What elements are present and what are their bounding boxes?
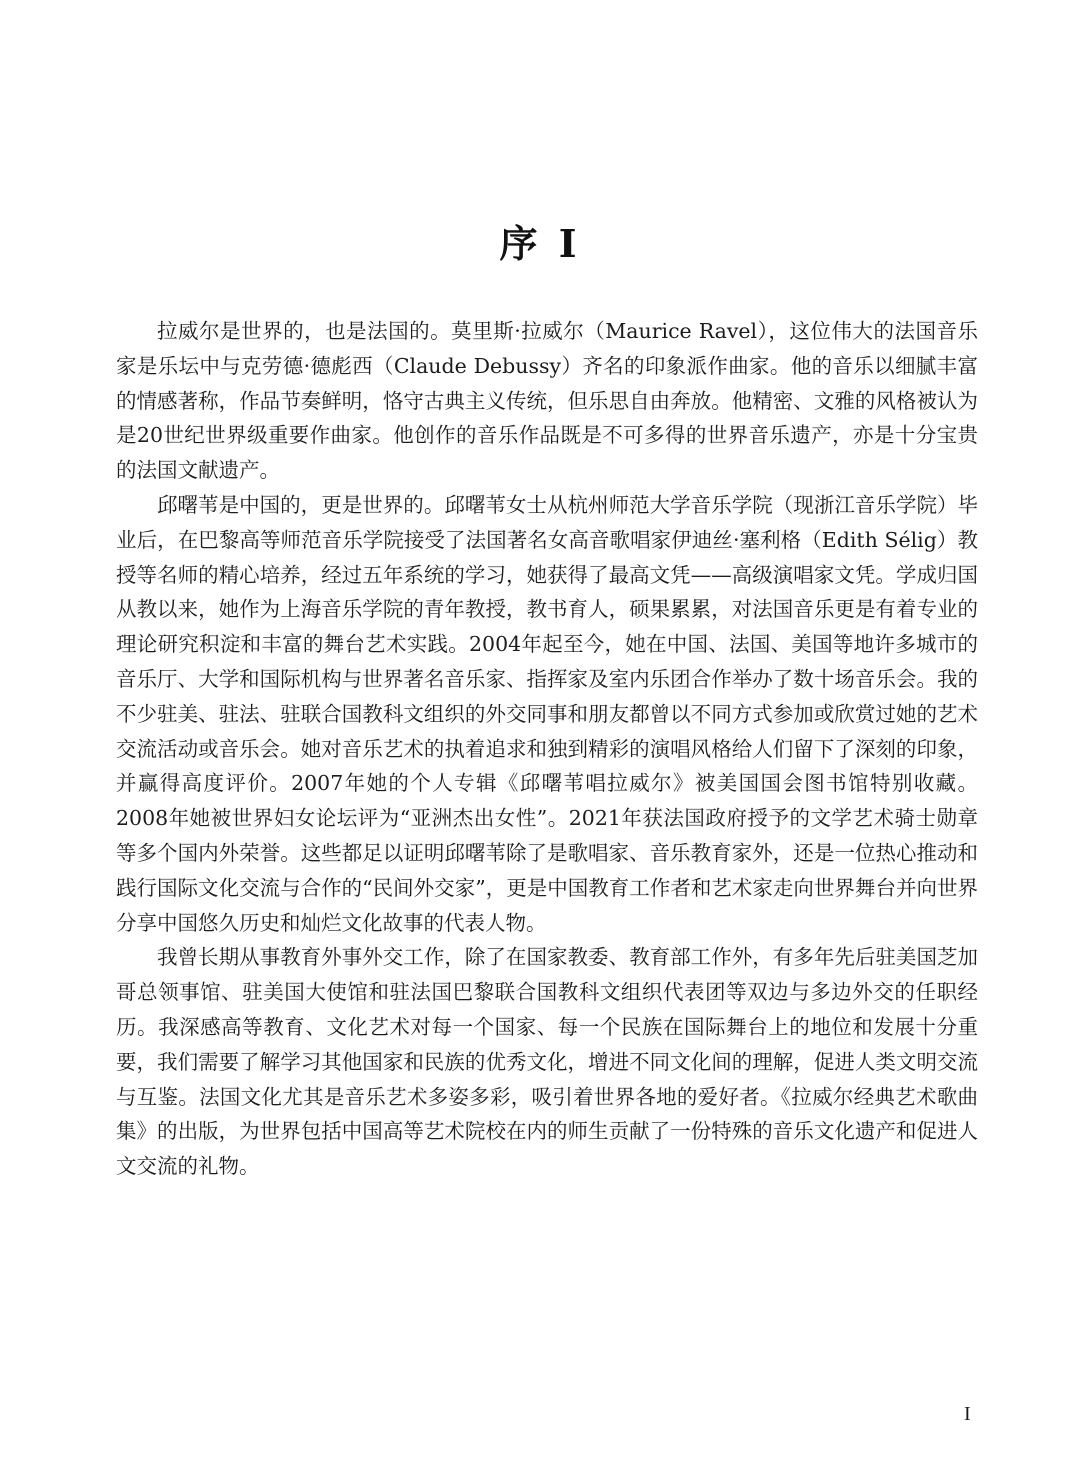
paragraph-ravel-intro: 拉威尔是世界的，也是法国的。莫里斯·拉威尔（Maurice Ravel），这位伟…	[116, 314, 978, 488]
paragraph-author-experience: 我曾长期从事教育外事外交工作，除了在国家教委、教育部工作外，有多年先后驻美国芝加…	[116, 940, 978, 1184]
page-title: 序 I	[0, 213, 1080, 268]
paragraph-qiu-shuwei: 邱曙苇是中国的，更是世界的。邱曙苇女士从杭州师范大学音乐学院（现浙江音乐学院）毕…	[116, 488, 978, 940]
page-number: I	[964, 1403, 971, 1426]
preface-body: 拉威尔是世界的，也是法国的。莫里斯·拉威尔（Maurice Ravel），这位伟…	[116, 314, 978, 1184]
